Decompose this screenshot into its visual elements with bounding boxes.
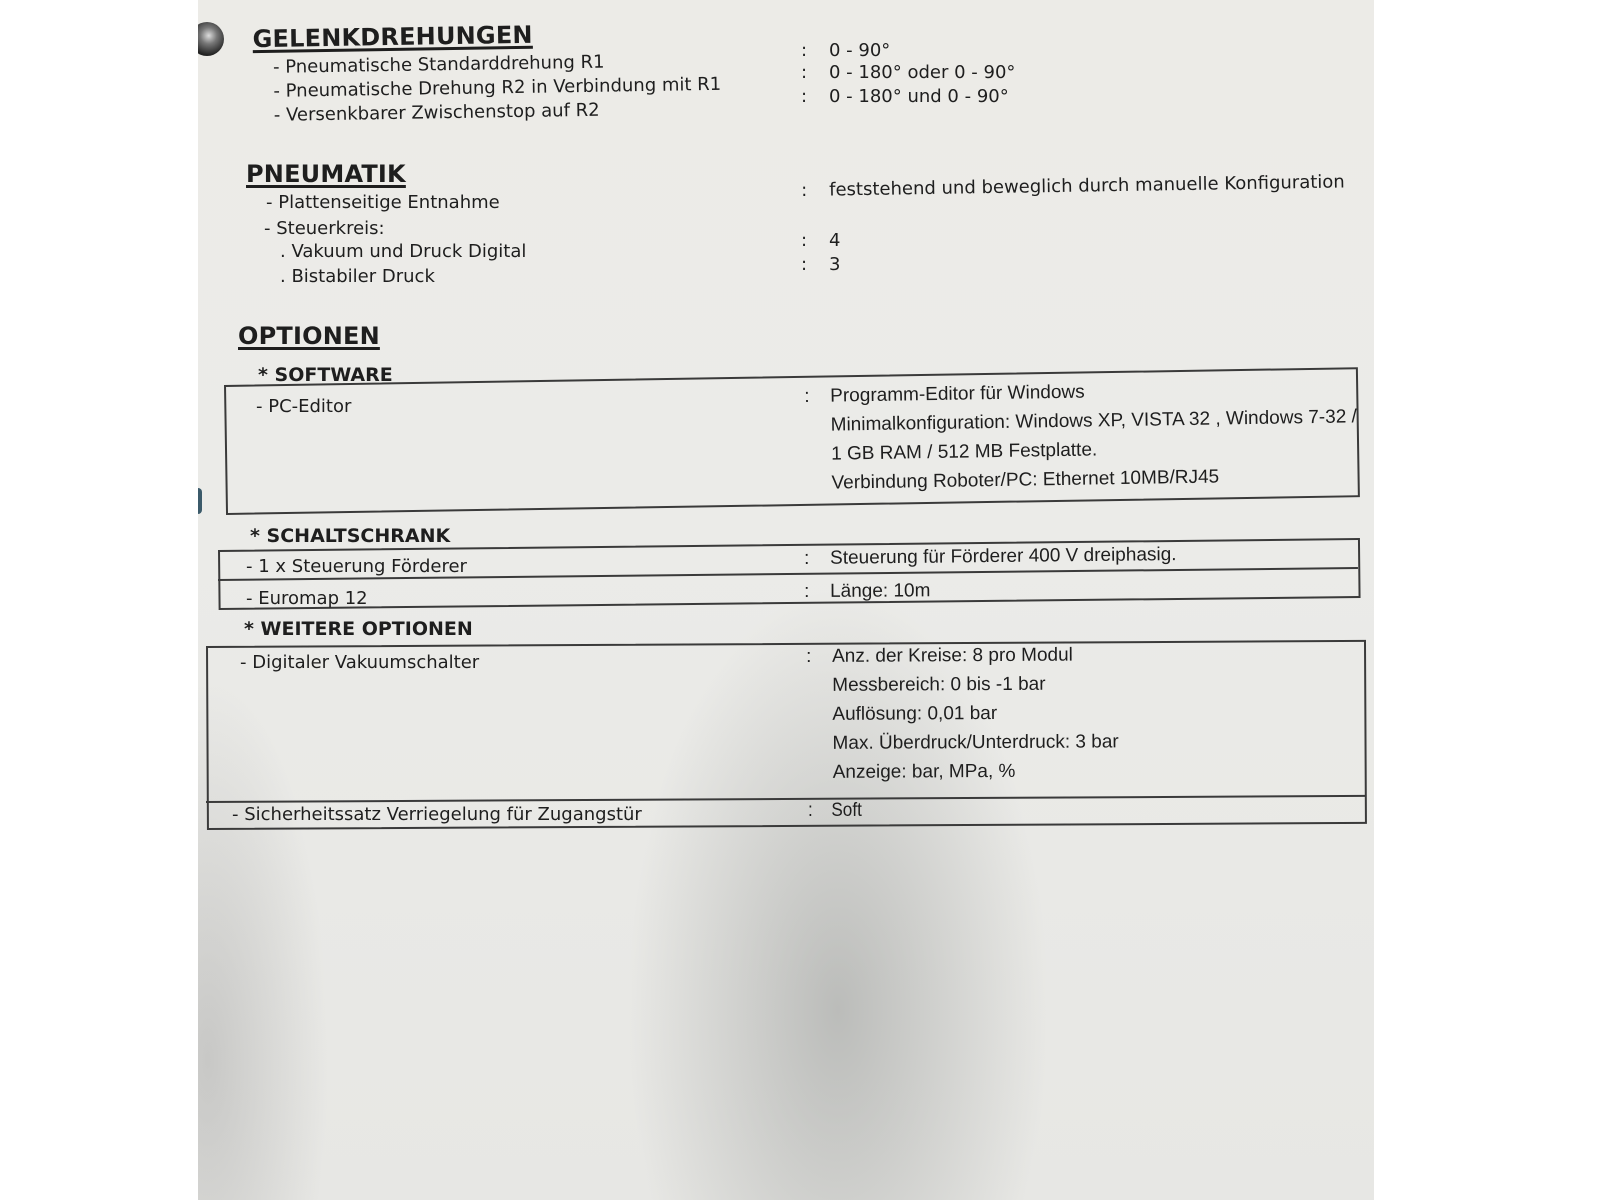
item-value-sicherheitssatz: :Soft xyxy=(808,800,862,822)
document-page: GELENKDREHUNGEN - Pneumatische Standardd… xyxy=(198,0,1374,1200)
item-label: - Steuerkreis: xyxy=(264,218,385,239)
section-title-optionen: OPTIONEN xyxy=(238,322,380,350)
item-value: :Länge: 10m xyxy=(804,580,930,603)
subsection-title-weitere-optionen: * WEITERE OPTIONEN xyxy=(244,618,473,640)
item-label: . Bistabiler Druck xyxy=(280,266,435,287)
item-label-pc-editor: - PC-Editor xyxy=(256,396,351,417)
item-label: - Euromap 12 xyxy=(246,588,368,609)
section-pneumatik: PNEUMATIK - Plattenseitige Entnahme - St… xyxy=(198,0,1374,300)
binder-clip-mark xyxy=(198,488,202,514)
item-label-sicherheitssatz: - Sicherheitssatz Verriegelung für Zugan… xyxy=(232,804,642,825)
item-value-vakuumschalter: :Anz. der Kreise: 8 pro Modul Messbereic… xyxy=(806,640,1119,787)
item-label-vakuumschalter: - Digitaler Vakuumschalter xyxy=(240,652,479,673)
item-label: - 1 x Steuerung Förderer xyxy=(246,556,467,577)
section-title: PNEUMATIK xyxy=(246,160,406,188)
item-value: :Steuerung für Förderer 400 V dreiphasig… xyxy=(804,544,1177,570)
item-value: :feststehend und beweglich durch manuell… xyxy=(801,171,1345,201)
subsection-title-schaltschrank: * SCHALTSCHRANK xyxy=(250,525,450,547)
item-value-pc-editor: :Programm-Editor für Windows Minimalkonf… xyxy=(804,373,1358,498)
item-label: . Vakuum und Druck Digital xyxy=(280,241,526,262)
item-value: :3 xyxy=(801,254,840,275)
item-label: - Plattenseitige Entnahme xyxy=(266,192,500,213)
item-value: :4 xyxy=(801,230,840,251)
